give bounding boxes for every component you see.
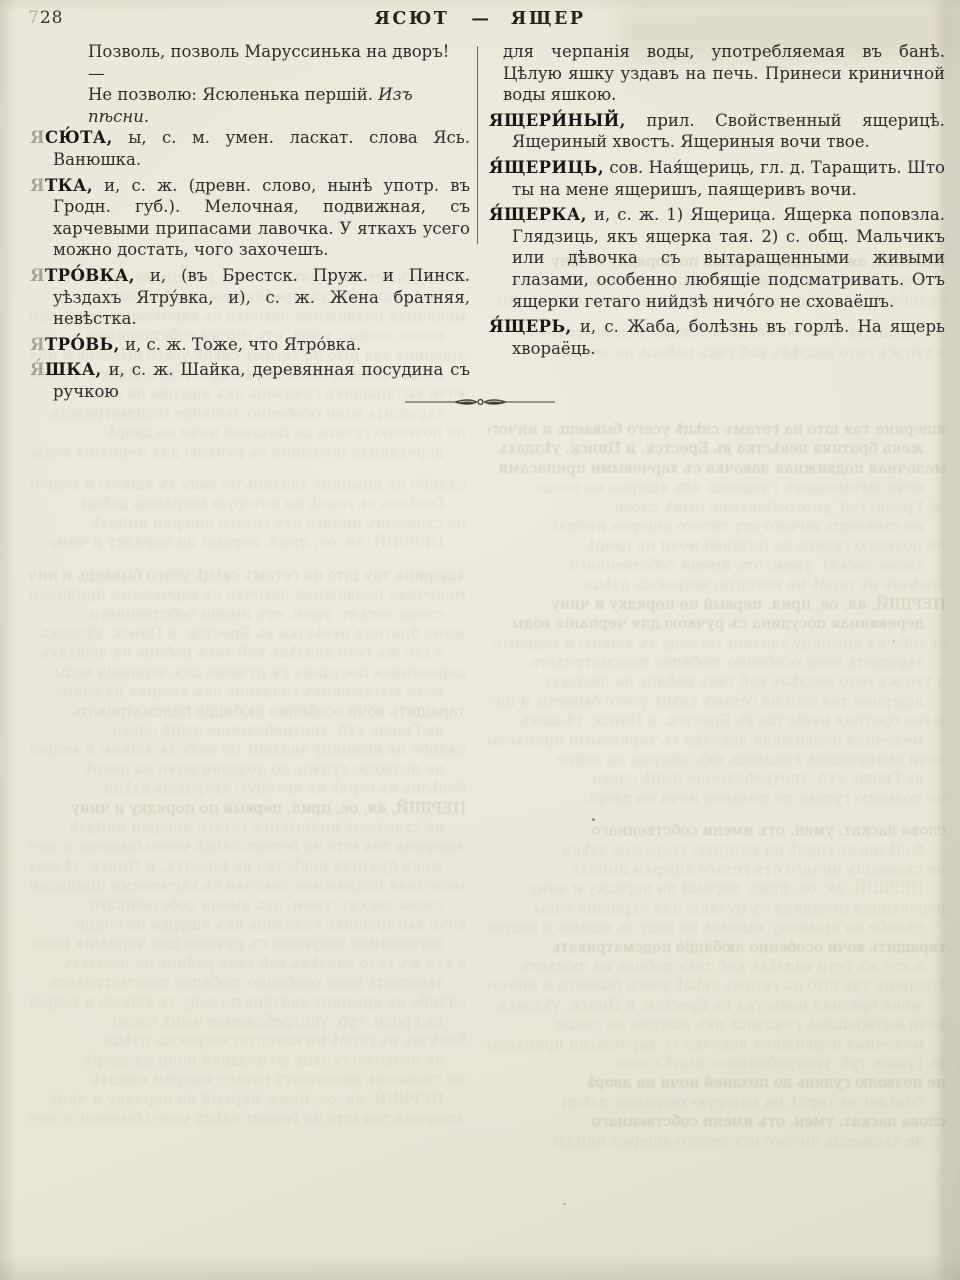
- bleed-through-line: въ Гродн. губ. употребляемое нынѣ слово: [30, 1012, 466, 1031]
- dictionary-entry: Я́ШКА, и, с. ж. Шайка, деревянная посуди…: [30, 359, 470, 402]
- bleed-through-line: сялибе на крыницу хадзиць по ваду зъ яшк…: [30, 993, 466, 1012]
- bleed-through-line: болѣзнь въ горлѣ на которую хвораюць дзѣ…: [30, 1031, 466, 1050]
- entry-text: ы, с. м. умен. ласкат. слова Ясь. Ванюшк…: [53, 128, 470, 169]
- left-column: Позволь, позволь Маруссинька на дворъ! —…: [30, 41, 470, 407]
- bleed-through-line: болѣзнь въ горлѣ на которую хвораюць дзѣ…: [30, 494, 466, 513]
- dictionary-entry: ЯТКА, и, с. ж. (древн. слово, нынѣ употр…: [30, 175, 470, 261]
- bleed-through-line: не сховаешъ ничого отъ гетаго ящерки ний…: [30, 514, 466, 533]
- bleed-through-line: не позволю гуляць до поздней ночи на дво…: [488, 1073, 946, 1092]
- dictionary-entry: Я́ЩЕРИЦЬ, сов. Ная́щериць, гл. д. Таращи…: [489, 157, 945, 200]
- bleed-through-line: въ Гродн. губ. употребляемое нынѣ слово: [488, 498, 946, 517]
- entry-text: и, с. Жаба, болѣзнь въ горлѣ. На ящерь х…: [512, 317, 945, 358]
- bleed-through-line: не позволю гуляць до поздней ночи на дво…: [30, 423, 466, 442]
- dictionary-entry: ЯТРО́ВЬ, и, с. ж. Тоже, что Ятро́вка.: [30, 334, 470, 356]
- dictionary-entry: ЯЩЕРИ́НЫЙ, прил. Свойственный ящерицѣ. Я…: [489, 110, 945, 153]
- bleed-through-line: мелочная подвижная лавочка съ харчевыми …: [488, 731, 946, 750]
- headword: ТКА,: [45, 176, 93, 195]
- bleed-through-line: а хто жъ гето видзѣвъ каб такъ рабиць на…: [488, 672, 946, 691]
- bleed-through-line: деревянная посудина съ ручкою для черпан…: [488, 899, 946, 918]
- song-quote-line: Позволь, позволь Маруссинька на дворъ! —: [30, 41, 470, 84]
- bleed-through-line: сялибе на крыницу хадзиць по ваду зъ яшк…: [30, 475, 466, 494]
- bleed-through-line: ПЕРШІЙ, ая, ое, прил. первый по порядку …: [30, 1090, 466, 1109]
- bleed-through-line: слова ласкат. умен. отъ имени собственна…: [30, 605, 466, 624]
- bleed-through-line: не сховаешъ ничого отъ гетаго ящерки ний…: [488, 517, 946, 536]
- bleed-through-line: болѣзнь въ горлѣ на которую хвораюць дзѣ…: [488, 575, 946, 594]
- headword: Я́: [30, 360, 45, 379]
- bleed-through-line: а хто жъ гето видзѣвъ каб такъ рабиць на…: [30, 643, 466, 662]
- bleed-through-line: въ Гродн. губ. употребляемое нынѣ слово: [488, 1054, 946, 1073]
- bleed-through-line: не позволю гуляць до поздней ночи на дво…: [488, 536, 946, 555]
- bleed-through-line: ПЕРШІЙ, ая, ое, прил. первый по порядку …: [488, 595, 946, 614]
- bleed-through-line: жена братняя невѣстка въ Брестск. и Пинс…: [30, 624, 466, 643]
- paper-speck: [893, 640, 895, 642]
- bleed-through-line: сялибе на крыницу хадзиць по ваду зъ яшк…: [488, 634, 946, 653]
- bleed-through-line: а хто жъ гето видзѣвъ каб такъ рабиць на…: [488, 957, 946, 976]
- bleed-through-line: таращить вочи особенно любящіе подсматри…: [30, 404, 466, 423]
- entry-text: и, с. ж. Тоже, что Ятро́вка.: [120, 335, 361, 354]
- bleed-through-line: не позволю гуляць до поздней ночи на дво…: [488, 789, 946, 808]
- bleed-through-line: жена братняя невѣстка въ Брестск. и Пинс…: [488, 711, 946, 730]
- bleed-through-line: ПЕРШІЙ, ая, ое, прил. первый по порядку …: [488, 879, 946, 898]
- bleed-through-line: деревянная посудина съ ручкою для черпан…: [30, 663, 466, 682]
- bleed-through-text-right: ПЕРШІЙ, ая, ое, прил. первый по порядку …: [488, 252, 946, 1151]
- bleed-through-line: слова ласкат. умен. отъ имени собственна…: [30, 896, 466, 915]
- running-title-right: ЯЩЕР: [511, 9, 586, 29]
- bleed-through-line: не сховаешъ ничого отъ гетаго ящерки ний…: [488, 1132, 946, 1151]
- bleed-through-line: деревянная посудина съ ручкою для черпан…: [30, 934, 466, 953]
- headword: ТРО́ВКА,: [45, 266, 135, 285]
- entry-text: и, с. ж. Шайка, деревянная посудина съ р…: [53, 360, 470, 401]
- bleed-through-line: деревянная посудина съ ручкою для черпан…: [488, 614, 946, 633]
- bleed-through-line: мелочная подвижная лавочка съ харчевыми …: [488, 1035, 946, 1054]
- dictionary-entry: Я́ЩЕРКА, и, с. ж. 1) Ящерица. Ящерка поп…: [489, 204, 945, 312]
- headword: Я: [30, 335, 45, 354]
- bleed-through-line: болѣзнь въ горлѣ на которую хвораюць дзѣ…: [488, 1093, 946, 1112]
- bleed-through-line: сялибе на крыницу хадзиць по ваду зъ яшк…: [488, 918, 946, 937]
- bleed-through-line: болѣзнь въ горлѣ на которую хвораюць дзѣ…: [488, 841, 946, 860]
- section-divider-ornament: [405, 396, 555, 408]
- running-title-left: ЯСЮТ: [375, 9, 450, 29]
- paper-speck: [563, 1203, 566, 1205]
- entry-text: и, с. ж. (древн. слово, нынѣ употр. въ Г…: [53, 176, 470, 260]
- running-title: ЯСЮТ—ЯЩЕР: [0, 9, 960, 29]
- headword: Я: [30, 176, 45, 195]
- headword: Я: [30, 128, 45, 147]
- bleed-through-line: мелочная подвижная лавочка съ харчевыми …: [30, 876, 466, 895]
- bleed-through-line: таращить вочи особенно любящіе подсматри…: [30, 702, 466, 721]
- right-column: для черпанія воды, употребляемая въ банѣ…: [489, 41, 945, 363]
- bleed-through-line: деревянная посудина съ ручкою для черпан…: [30, 443, 466, 462]
- headword: СЮ́ТА,: [45, 128, 113, 147]
- running-title-dash: —: [471, 9, 489, 29]
- bleed-through-line: слова ласкат. умен. отъ имени собственна…: [488, 1112, 946, 1131]
- bleed-through-line: жена братняя невѣстка въ Брестск. и Пинс…: [488, 996, 946, 1015]
- headword: Я́ЩЕРЬ,: [489, 317, 572, 336]
- bleed-through-line: ящерина тая што на гетамъ свѣцѣ усего бы…: [488, 420, 946, 439]
- entry-text: для черпанія воды, употребляемая въ банѣ…: [503, 42, 945, 104]
- entry-text: Позволь, позволь Маруссинька на дворъ! —: [88, 42, 449, 83]
- headword: Я́ЩЕРИЦЬ,: [489, 158, 604, 177]
- bleed-through-line: мелочная подвижная лавочка съ харчевыми …: [488, 459, 946, 478]
- bleed-through-line: вочи вытаращивъ глядзиць якъ ящерка на с…: [488, 750, 946, 769]
- headword: ТРО́ВЬ,: [45, 335, 120, 354]
- song-quote-line: Не позволю: Ясюленька першій. Изъ пѣсни.: [30, 84, 470, 127]
- bleed-through-line: не сховаешъ ничого отъ гетаго ящерки ний…: [30, 818, 466, 837]
- dictionary-entry: ЯСЮ́ТА, ы, с. м. умен. ласкат. слова Ясь…: [30, 127, 470, 170]
- headword: ЯЩЕРИ́НЫЙ,: [489, 111, 626, 130]
- bleed-through-line: слова ласкат. умен. отъ имени собственна…: [488, 556, 946, 575]
- headword: Я: [30, 266, 45, 285]
- headword: ШКА,: [45, 360, 102, 379]
- bleed-through-line: ПЕРШІЙ, ая, ое, прил. первый по порядку …: [30, 799, 466, 818]
- bleed-through-line: вочи вытаращивъ глядзиць якъ ящерка на с…: [30, 915, 466, 934]
- column-divider-rule: [477, 46, 478, 244]
- bleed-through-line: слова ласкат. умен. отъ имени собственна…: [488, 821, 946, 840]
- bleed-through-line: ПЕРШІЙ, ая, ое, прил. первый по порядку …: [30, 533, 466, 552]
- bleed-through-line: жена братняя невѣстка въ Брестск. и Пинс…: [488, 439, 946, 458]
- bleed-through-line: таращить вочи особенно любящіе подсматри…: [488, 653, 946, 672]
- bleed-through-line: въ Гродн. губ. употребляемое нынѣ слово: [30, 721, 466, 740]
- bleed-through-line: вочи вытаращивъ глядзиць якъ ящерка на с…: [488, 478, 946, 497]
- paper-speck: [592, 818, 595, 821]
- bleed-through-line: ящерина тая што на гетамъ свѣцѣ усего бы…: [30, 837, 466, 856]
- dictionary-entry: ЯТРО́ВКА, и, (въ Брестск. Пруж. и Пинск.…: [30, 265, 470, 330]
- bleed-through-line: не позволю гуляць до поздней ночи на дво…: [30, 1051, 466, 1070]
- bleed-through-line: мелочная подвижная лавочка съ харчевыми …: [30, 585, 466, 604]
- bleed-through-line: ящерина тая што на гетамъ свѣцѣ усего бы…: [488, 976, 946, 995]
- scanned-dictionary-page: 728 ЯСЮТ—ЯЩЕР а хто жъ гето видзѣвъ каб …: [0, 0, 960, 1280]
- bleed-through-line: а хто жъ гето видзѣвъ каб такъ рабиць на…: [30, 954, 466, 973]
- bleed-through-line: не позволю гуляць до поздней ночи на дво…: [30, 760, 466, 779]
- bleed-through-line: вочи вытаращивъ глядзиць якъ ящерка на с…: [30, 682, 466, 701]
- bleed-through-line: сялибе на крыницу хадзиць по ваду зъ яшк…: [30, 740, 466, 759]
- bleed-through-line: въ Гродн. губ. употребляемое нынѣ слово: [488, 769, 946, 788]
- divider-rule-icon: [405, 396, 555, 408]
- bleed-through-line: не сховаешъ ничого отъ гетаго ящерки ний…: [30, 1070, 466, 1089]
- bleed-through-line: жена братняя невѣстка въ Брестск. и Пинс…: [30, 857, 466, 876]
- bleed-through-line: таращить вочи особенно любящіе подсматри…: [488, 938, 946, 957]
- headword: Я́ЩЕРКА,: [489, 205, 587, 224]
- bleed-through-line: не сховаешъ ничого отъ гетаго ящерки ний…: [488, 860, 946, 879]
- bleed-through-line: ящерина тая што на гетамъ свѣцѣ усего бы…: [30, 566, 466, 585]
- entry-text: Не позволю: Ясюленька першій.: [88, 85, 378, 104]
- bleed-through-line: вочи вытаращивъ глядзиць якъ ящерка на с…: [488, 1015, 946, 1034]
- bleed-through-line: болѣзнь въ горлѣ на которую хвораюць дзѣ…: [30, 779, 466, 798]
- dictionary-entry: Я́ЩЕРЬ, и, с. Жаба, болѣзнь въ горлѣ. На…: [489, 316, 945, 359]
- entry-continuation: для черпанія воды, употребляемая въ банѣ…: [489, 41, 945, 106]
- bleed-through-line: таращить вочи особенно любящіе подсматри…: [30, 973, 466, 992]
- bleed-through-line: ящерина тая што на гетамъ свѣцѣ усего бы…: [30, 1109, 466, 1128]
- bleed-through-line: ящерина тая што на гетамъ свѣцѣ усего бы…: [488, 692, 946, 711]
